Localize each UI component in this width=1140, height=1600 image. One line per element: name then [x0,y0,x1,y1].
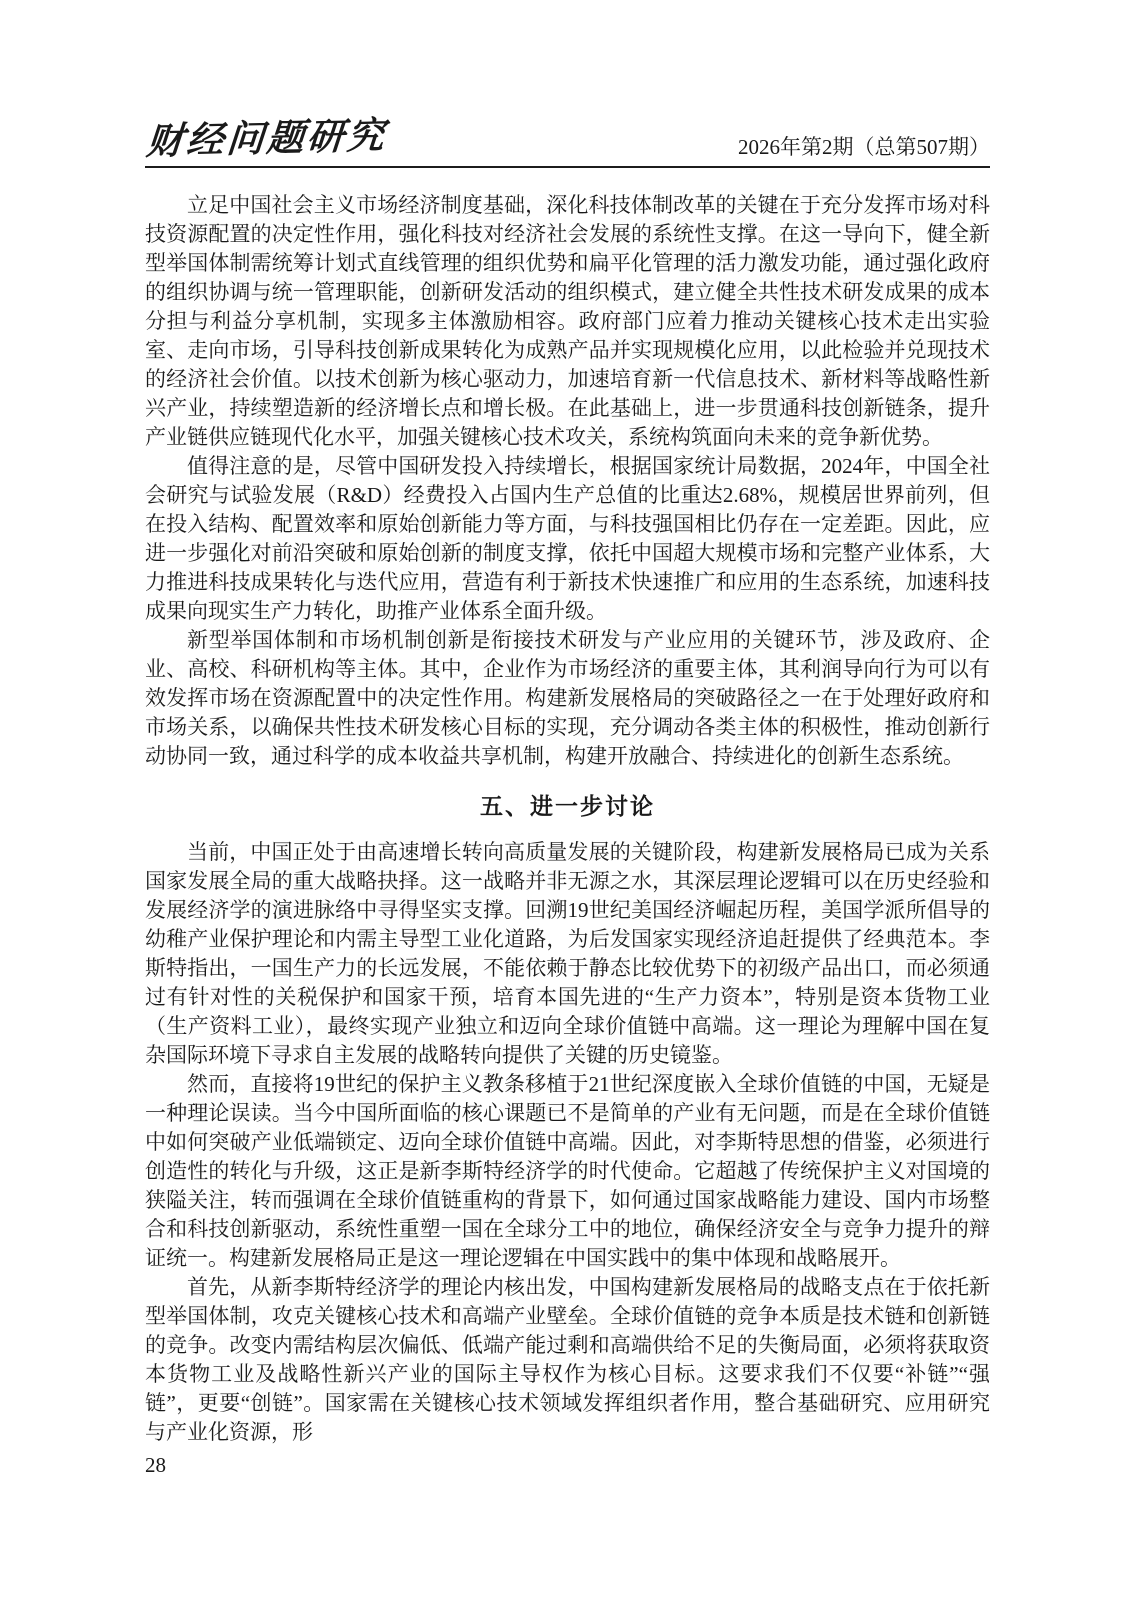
paragraph: 然而，直接将19世纪的保护主义教条移植于21世纪深度嵌入全球价值链的中国，无疑是… [145,1070,990,1273]
paragraph: 首先，从新李斯特经济学的理论内核出发，中国构建新发展格局的战略支点在于依托新型举… [145,1273,990,1447]
issue-info: 2026年第2期（总第507期） [738,137,990,161]
paragraph: 当前，中国正处于由高速增长转向高质量发展的关键阶段，构建新发展格局已成为关系国家… [145,838,990,1070]
page-number: 28 [145,1453,990,1478]
journal-page: 财经问题研究 2026年第2期（总第507期） 立足中国社会主义市场经济制度基础… [0,0,1140,1600]
section-heading: 五、进一步讨论 [145,792,990,821]
paragraph: 值得注意的是，尽管中国研发投入持续增长，根据国家统计局数据，2024年，中国全社… [145,452,990,626]
page-header: 财经问题研究 2026年第2期（总第507期） [145,0,990,168]
journal-logo: 财经问题研究 [145,118,388,161]
paragraph: 立足中国社会主义市场经济制度基础，深化科技体制改革的关键在于充分发挥市场对科技资… [145,191,990,452]
page-content: 财经问题研究 2026年第2期（总第507期） 立足中国社会主义市场经济制度基础… [145,0,990,1478]
article-body: 立足中国社会主义市场经济制度基础，深化科技体制改革的关键在于充分发挥市场对科技资… [145,191,990,1447]
paragraph: 新型举国体制和市场机制创新是衔接技术研发与产业应用的关键环节，涉及政府、企业、高… [145,626,990,771]
